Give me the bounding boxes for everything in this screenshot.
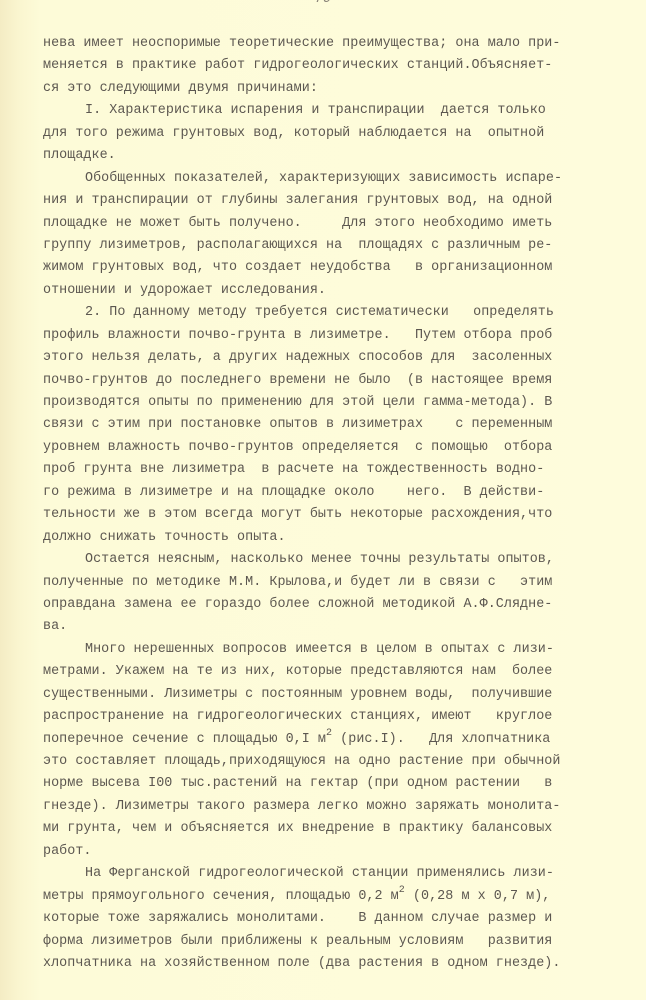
line-text: площадке не может быть получено. Для это… [43, 216, 552, 231]
paragraph-generalized-indicators: Обобщенных показателей, характеризующих … [43, 168, 603, 303]
text-line: метры прямоугольного сечения, площадью 0… [43, 886, 603, 908]
text-line: норме высева I00 тыс.растений на гектар … [43, 773, 603, 795]
text-line: На Ферганской гидрогеологической станции… [43, 863, 603, 885]
line-text: хлопчатника на хозяйственном поле (два р… [43, 956, 560, 971]
line-text: группу лизиметров, располагающихся на пл… [43, 238, 552, 253]
text-line: тельности же в этом всегда могут быть не… [43, 504, 603, 526]
line-text: должно снижать точность опыта. [43, 530, 286, 545]
line-text: метры прямоугольного сечения, площадью 0… [43, 889, 399, 904]
line-text: это составляет площадь,приходящуюся на о… [43, 754, 560, 769]
text-line: ния и транспирации от глубины залегания … [43, 190, 603, 212]
page-number: 79 [0, 0, 646, 7]
text-line: метрами. Укажем на те из них, которые пр… [43, 661, 603, 683]
line-text: распространение на гидрогеологических ст… [43, 709, 552, 724]
line-text: этого нельзя делать, а других надежных с… [43, 350, 552, 365]
line-text: почво-грунтов до последнего времени не б… [43, 373, 552, 388]
text-line: это составляет площадь,приходящуюся на о… [43, 751, 603, 773]
line-text: существенными. Лизиметры с постоянным ур… [43, 687, 552, 702]
line-text: поперечное сечение с площадью 0,I м [43, 732, 326, 747]
text-line: го режима в лизиметре и на площадке окол… [43, 482, 603, 504]
line-text: гнезде). Лизиметры такого размера легко … [43, 799, 560, 814]
line-text: работ. [43, 844, 92, 859]
text-line: работ. [43, 841, 603, 863]
line-text: площадке. [43, 148, 116, 163]
line-text: тельности же в этом всегда могут быть не… [43, 507, 552, 522]
text-line: проб грунта вне лизиметра в расчете на т… [43, 459, 603, 481]
line-text: форма лизиметров были приближены к реаль… [43, 934, 552, 949]
text-line: связи с этим при постановке опытов в лиз… [43, 414, 603, 436]
line-text: I. Характеристика испарения и транспирац… [85, 103, 546, 118]
text-line: оправдана замена ее гораздо более сложно… [43, 594, 603, 616]
paragraph-unclear-results: Остается неясным, насколько менее точны … [43, 549, 603, 639]
text-line: ва. [43, 616, 603, 638]
line-text: Обобщенных показателей, характеризующих … [85, 171, 562, 186]
line-text: профиль влажности почво-грунта в лизимет… [43, 328, 552, 343]
line-text: проб грунта вне лизиметра в расчете на т… [43, 462, 544, 477]
text-line: распространение на гидрогеологических ст… [43, 706, 603, 728]
paragraph-unresolved-questions: Много нерешенных вопросов имеется в цело… [43, 639, 603, 863]
line-text: норме высева I00 тыс.растений на гектар … [43, 776, 552, 791]
text-line: площадке. [43, 145, 603, 167]
line-text: оправдана замена ее гораздо более сложно… [43, 597, 552, 612]
line-text: для того режима грунтовых вод, который н… [43, 126, 544, 141]
paragraph-reason-1: I. Характеристика испарения и транспирац… [43, 100, 603, 167]
text-line: полученные по методике М.М. Крылова,и бу… [43, 572, 603, 594]
text-line: существенными. Лизиметры с постоянным ур… [43, 684, 603, 706]
text-line: для того режима грунтовых вод, который н… [43, 123, 603, 145]
text-line: отношении и удорожает исследования. [43, 280, 603, 302]
text-line: Много нерешенных вопросов имеется в цело… [43, 639, 603, 661]
text-line: Обобщенных показателей, характеризующих … [43, 168, 603, 190]
line-text: Остается неясным, насколько менее точны … [85, 552, 554, 567]
line-text: ми грунта, чем и объясняется их внедрени… [43, 821, 552, 836]
line-text: ва. [43, 619, 67, 634]
line-text: производятся опыты по применению для это… [43, 395, 552, 410]
line-text: связи с этим при постановке опытов в лиз… [43, 417, 552, 432]
line-text: го режима в лизиметре и на площадке окол… [43, 485, 544, 500]
text-line: поперечное сечение с площадью 0,I м2 (ри… [43, 729, 603, 751]
line-text: отношении и удорожает исследования. [43, 283, 326, 298]
text-line: форма лизиметров были приближены к реаль… [43, 931, 603, 953]
text-line: гнезде). Лизиметры такого размера легко … [43, 796, 603, 818]
line-text: меняется в практике работ гидрогеологиче… [43, 58, 552, 73]
line-text: ся это следующими двумя причинами: [43, 81, 318, 96]
line-text: 2. По данному методу требуется системати… [85, 305, 554, 320]
text-line: Остается неясным, насколько менее точны … [43, 549, 603, 571]
text-line: площадке не может быть получено. Для это… [43, 213, 603, 235]
line-text-continued: (0,28 м х 0,7 м), [405, 889, 551, 904]
line-text: уровнем влажность почво-грунтов определя… [43, 440, 552, 455]
text-line: I. Характеристика испарения и транспирац… [43, 100, 603, 122]
text-line: которые тоже заряжались монолитами. В да… [43, 908, 603, 930]
line-text: метрами. Укажем на те из них, которые пр… [43, 664, 552, 679]
paragraph-fergana-station: На Ферганской гидрогеологической станции… [43, 863, 603, 975]
line-text: ния и транспирации от глубины залегания … [43, 193, 552, 208]
text-line: производятся опыты по применению для это… [43, 392, 603, 414]
text-line: почво-грунтов до последнего времени не б… [43, 370, 603, 392]
document-page: 79 нева имеет неоспоримые теоретические … [0, 0, 646, 1000]
text-line: нева имеет неоспоримые теоретические пре… [43, 33, 603, 55]
line-text: Много нерешенных вопросов имеется в цело… [85, 642, 554, 657]
line-text: нева имеет неоспоримые теоретические пре… [43, 36, 560, 51]
text-line: группу лизиметров, располагающихся на пл… [43, 235, 603, 257]
line-text: жимом грунтовых вод, что создает неудобс… [43, 260, 552, 275]
text-line: уровнем влажность почво-грунтов определя… [43, 437, 603, 459]
text-line: 2. По данному методу требуется системати… [43, 302, 603, 324]
text-line: жимом грунтовых вод, что создает неудобс… [43, 257, 603, 279]
paragraph-intro: нева имеет неоспоримые теоретические пре… [43, 33, 603, 100]
line-text: которые тоже заряжались монолитами. В да… [43, 911, 552, 926]
text-line: хлопчатника на хозяйственном поле (два р… [43, 953, 603, 975]
text-line: ся это следующими двумя причинами: [43, 78, 603, 100]
text-line: ми грунта, чем и объясняется их внедрени… [43, 818, 603, 840]
paragraph-reason-2: 2. По данному методу требуется системати… [43, 302, 603, 549]
text-line: этого нельзя делать, а других надежных с… [43, 347, 603, 369]
text-line: профиль влажности почво-грунта в лизимет… [43, 325, 603, 347]
line-text: На Ферганской гидрогеологической станции… [85, 866, 554, 881]
body-text: нева имеет неоспоримые теоретические пре… [43, 33, 603, 975]
text-line: должно снижать точность опыта. [43, 527, 603, 549]
text-line: меняется в практике работ гидрогеологиче… [43, 55, 603, 77]
line-text: полученные по методике М.М. Крылова,и бу… [43, 575, 552, 590]
line-text-continued: (рис.I). Для хлопчатника [332, 732, 550, 747]
